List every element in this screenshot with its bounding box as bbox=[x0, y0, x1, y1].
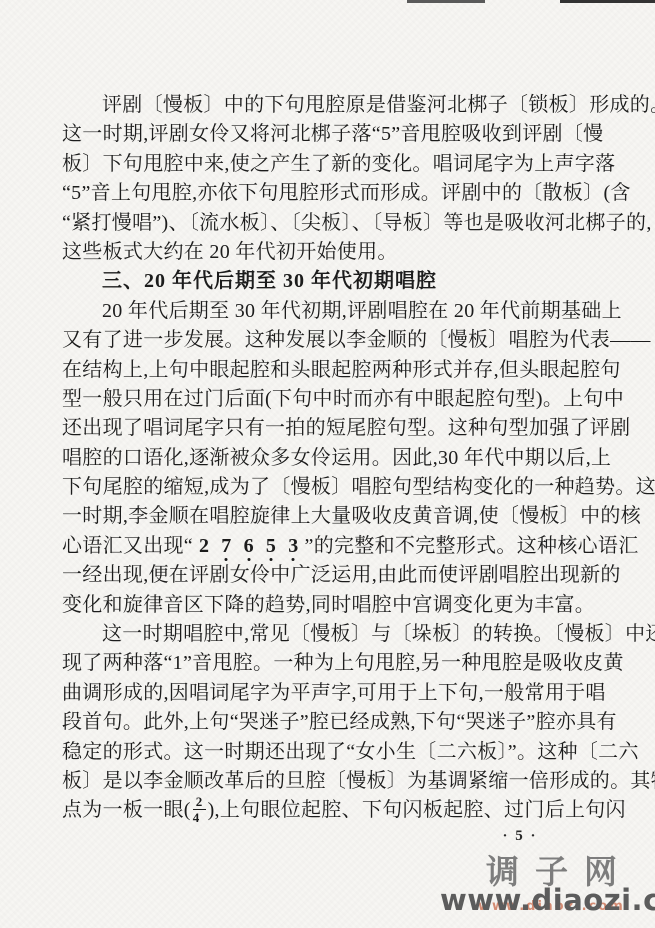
text-line: 下句尾腔的缩短,成为了〔慢板〕唱腔句型结构变化的一种趋势。这 bbox=[62, 473, 593, 502]
text-line: 型一般只用在过门后面(下句中时而亦有中眼起腔句型)。上句中 bbox=[62, 385, 593, 414]
text-line: 唱腔的口语化,逐渐被众多女伶运用。因此,30 年代中期以后,上 bbox=[62, 444, 593, 473]
text-line: 变化和旋律音区下降的趋势,同时唱腔中宫调变化更为丰富。 bbox=[62, 591, 593, 620]
text-line: 一经出现,便在评剧女伶中广泛运用,由此而使评剧唱腔出现新的 bbox=[62, 561, 593, 590]
text-line: 评剧〔慢板〕中的下句甩腔原是借鉴河北梆子〔锁板〕形成的。 bbox=[62, 91, 593, 120]
time-signature-fraction: 24 bbox=[193, 795, 206, 825]
text-line: 板〕是以李金顺改革后的旦腔〔慢板〕为基调紧缩一倍形成的。其特 bbox=[62, 767, 593, 796]
text-line: 这些板式大约在 20 年代初开始使用。 bbox=[62, 238, 593, 267]
text-line: 又有了进一步发展。这种发展以李金顺的〔慢板〕唱腔为代表—— bbox=[62, 326, 593, 355]
text-line: 在结构上,上句中眼起腔和头眼起腔两种形式并存,但头眼起腔句 bbox=[62, 356, 593, 385]
text-line: 20 年代后期至 30 年代初期,评剧唱腔在 20 年代前期基础上 bbox=[62, 297, 593, 326]
page-number: · 5 · bbox=[480, 828, 560, 845]
text-line: 现了两种落“1”音甩腔。一种为上句甩腔,另一种甩腔是吸收皮黄 bbox=[62, 649, 593, 678]
text-line: 点为一板一眼(24),上句眼位起腔、下句闪板起腔、过门后上句闪 bbox=[62, 796, 593, 825]
text-line: 一时期,李金顺在唱腔旋律上大量吸收皮黄音调,使〔慢板〕中的核 bbox=[62, 502, 593, 531]
text-block: 评剧〔慢板〕中的下句甩腔原是借鉴河北梆子〔锁板〕形成的。这一时期,评剧女伶又将河… bbox=[62, 91, 593, 826]
music-note-digit: 3 bbox=[288, 532, 298, 561]
music-note-digit: 6 bbox=[244, 532, 254, 561]
text-line: “5”音上句甩腔,亦依下句甩腔形式而形成。评剧中的〔散板〕(含 bbox=[62, 179, 593, 208]
music-note-digit: 5 bbox=[266, 532, 276, 561]
text-line: “紧打慢唱”)、〔流水板〕、〔尖板〕、〔导板〕等也是吸收河北梆子的, bbox=[62, 209, 593, 238]
section-heading: 三、20 年代后期至 30 年代初期唱腔 bbox=[62, 267, 593, 296]
text-line: 还出现了唱词尾字只有一拍的短尾腔句型。这种句型加强了评剧 bbox=[62, 414, 593, 443]
text-line: 这一时期,评剧女伶又将河北梆子落“5”音甩腔吸收到评剧〔慢 bbox=[62, 120, 593, 149]
scan-artifact-bar bbox=[560, 0, 655, 3]
text-line: 心语汇又出现“27653”的完整和不完整形式。这种核心语汇 bbox=[62, 532, 593, 561]
scan-artifact-bar bbox=[407, 0, 485, 3]
text-line: 段首句。此外,上句“哭迷子”腔已经成熟,下句“哭迷子”腔亦具有 bbox=[62, 708, 593, 737]
text-line: 稳定的形式。这一时期还出现了“女小生〔二六板〕”。这种〔二六 bbox=[62, 738, 593, 767]
music-note-digit: 7 bbox=[221, 532, 231, 561]
music-note-digit: 2 bbox=[199, 532, 209, 561]
text-line: 这一时期唱腔中,常见〔慢板〕与〔垛板〕的转换。〔慢板〕中还出 bbox=[62, 620, 593, 649]
text-line: 曲调形成的,因唱词尾字为平声字,可用于上下句,一般常用于唱 bbox=[62, 679, 593, 708]
watermark-url: www.diaozi.com bbox=[440, 883, 655, 917]
text-line: 板〕下句甩腔中来,使之产生了新的变化。唱词尾字为上声字落 bbox=[62, 150, 593, 179]
